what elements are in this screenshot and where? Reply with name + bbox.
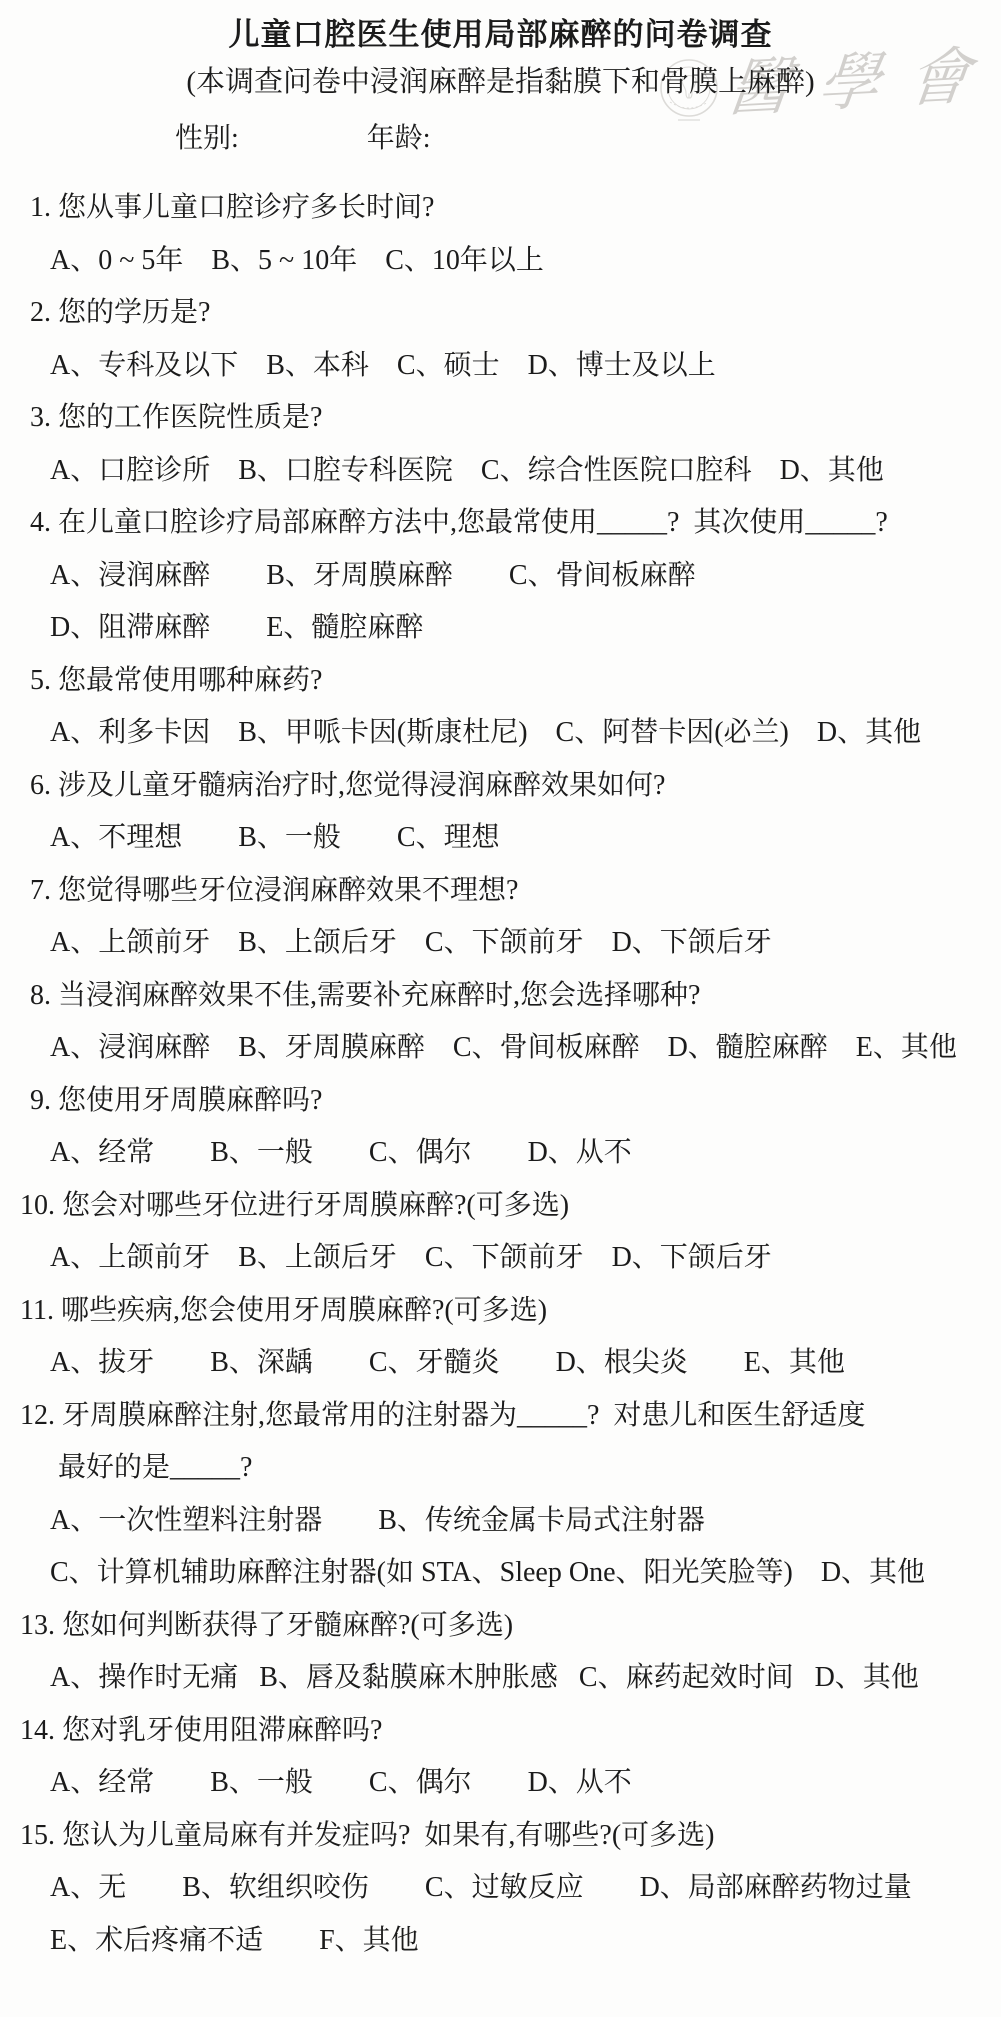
options-line-4b: D、阻滞麻醉 E、髓腔麻醉 xyxy=(0,602,1001,655)
header: 儿童口腔医生使用局部麻醉的问卷调查 (本调查问卷中浸润麻醉是指黏膜下和骨膜上麻醉… xyxy=(0,0,1001,162)
options-line-2: A、专科及以下 B、本科 C、硕士 D、博士及以上 xyxy=(0,340,1001,393)
question-line-4: 4. 在儿童口腔诊疗局部麻醉方法中,您最常使用_____? 其次使用_____? xyxy=(0,497,1001,550)
options-line-12a: A、一次性塑料注射器 B、传统金属卡局式注射器 xyxy=(0,1495,1001,1548)
question-line-7: 7. 您觉得哪些牙位浸润麻醉效果不理想? xyxy=(0,865,1001,918)
question-list: 1. 您从事儿童口腔诊疗多长时间? A、0 ~ 5年 B、5 ~ 10年 C、1… xyxy=(0,182,1001,1967)
options-line-10: A、上颌前牙 B、上颌后牙 C、下颌前牙 D、下颌后牙 xyxy=(0,1232,1001,1285)
options-line-11: A、拔牙 B、深龋 C、牙髓炎 D、根尖炎 E、其他 xyxy=(0,1337,1001,1390)
question-line-11: 11. 哪些疾病,您会使用牙周膜麻醉?(可多选) xyxy=(0,1285,1001,1338)
options-line-7: A、上颌前牙 B、上颌后牙 C、下颌前牙 D、下颌后牙 xyxy=(0,917,1001,970)
question-line-14: 14. 您对乳牙使用阻滞麻醉吗? xyxy=(0,1705,1001,1758)
page-subtitle: (本调查问卷中浸润麻醉是指黏膜下和骨膜上麻醉) xyxy=(0,58,1001,106)
question-line-12-continued: 最好的是_____? xyxy=(0,1442,1001,1495)
options-line-9: A、经常 B、一般 C、偶尔 D、从不 xyxy=(0,1127,1001,1180)
question-line-12: 12. 牙周膜麻醉注射,您最常用的注射器为_____? 对患儿和医生舒适度 xyxy=(0,1390,1001,1443)
question-line-13: 13. 您如何判断获得了牙髓麻醉?(可多选) xyxy=(0,1600,1001,1653)
demographics-row: 性别:年龄: xyxy=(0,116,1001,162)
age-label: 年龄: xyxy=(367,123,431,154)
question-line-2: 2. 您的学历是? xyxy=(0,287,1001,340)
options-line-13: A、操作时无痛 B、唇及黏膜麻木肿胀感 C、麻药起效时间 D、其他 xyxy=(0,1652,1001,1705)
question-line-9: 9. 您使用牙周膜麻醉吗? xyxy=(0,1075,1001,1128)
question-line-1: 1. 您从事儿童口腔诊疗多长时间? xyxy=(0,182,1001,235)
options-line-14: A、经常 B、一般 C、偶尔 D、从不 xyxy=(0,1757,1001,1810)
options-line-3: A、口腔诊所 B、口腔专科医院 C、综合性医院口腔科 D、其他 xyxy=(0,445,1001,498)
question-line-15: 15. 您认为儿童局麻有并发症吗? 如果有,有哪些?(可多选) xyxy=(0,1810,1001,1863)
gender-label: 性别: xyxy=(175,123,239,154)
question-line-6: 6. 涉及儿童牙髓病治疗时,您觉得浸润麻醉效果如何? xyxy=(0,760,1001,813)
options-line-5: A、利多卡因 B、甲哌卡因(斯康杜尼) C、阿替卡因(必兰) D、其他 xyxy=(0,707,1001,760)
question-line-5: 5. 您最常使用哪种麻药? xyxy=(0,655,1001,708)
options-line-15b: E、术后疼痛不适 F、其他 xyxy=(0,1915,1001,1968)
options-line-1: A、0 ~ 5年 B、5 ~ 10年 C、10年以上 xyxy=(0,235,1001,288)
question-line-8: 8. 当浸润麻醉效果不佳,需要补充麻醉时,您会选择哪种? xyxy=(0,970,1001,1023)
options-line-12b: C、计算机辅助麻醉注射器(如 STA、Sleep One、阳光笑脸等) D、其他 xyxy=(0,1547,1001,1600)
options-line-6: A、不理想 B、一般 C、理想 xyxy=(0,812,1001,865)
question-line-3: 3. 您的工作医院性质是? xyxy=(0,392,1001,445)
page-title: 儿童口腔医生使用局部麻醉的问卷调查 xyxy=(0,0,1001,58)
options-line-8: A、浸润麻醉 B、牙周膜麻醉 C、骨间板麻醉 D、髓腔麻醉 E、其他 xyxy=(0,1022,1001,1075)
options-line-4a: A、浸润麻醉 B、牙周膜麻醉 C、骨间板麻醉 xyxy=(0,550,1001,603)
question-line-10: 10. 您会对哪些牙位进行牙周膜麻醉?(可多选) xyxy=(0,1180,1001,1233)
options-line-15a: A、无 B、软组织咬伤 C、过敏反应 D、局部麻醉药物过量 xyxy=(0,1862,1001,1915)
questionnaire-page: 醫學會 儿童口腔医生使用局部麻醉的问卷调查 (本调查问卷中浸润麻醉是指黏膜下和骨… xyxy=(0,0,1001,2017)
